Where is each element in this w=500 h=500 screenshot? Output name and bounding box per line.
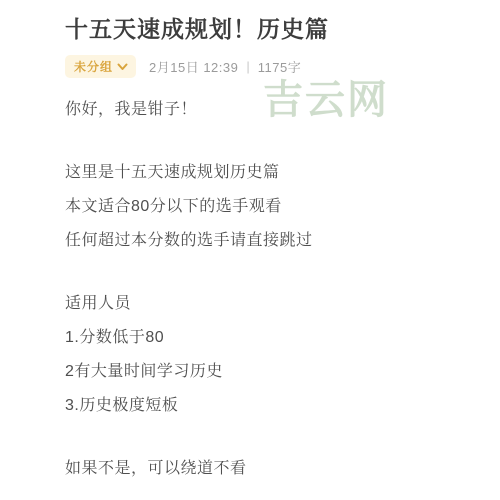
note-line: 本文适合80分以下的选手观看 (65, 190, 460, 224)
group-tag-dropdown[interactable]: 未分组 (65, 55, 136, 78)
note-line: 你好，我是钳子！ (65, 93, 460, 127)
meta-separator: | (246, 59, 249, 74)
word-count: 1175字 (258, 57, 301, 76)
chevron-down-icon (117, 63, 128, 71)
note-page: 十五天速成规划！历史篇 未分组 2月15日 12:39 | 1175字 吉云网 … (0, 0, 500, 500)
page-title: 十五天速成规划！历史篇 (65, 14, 460, 44)
note-line: 1.分数低于80 (65, 321, 460, 355)
note-body[interactable]: 你好，我是钳子！ 这里是十五天速成规划历史篇 本文适合80分以下的选手观看 任何… (65, 93, 460, 486)
note-meta-row: 未分组 2月15日 12:39 | 1175字 (65, 56, 460, 77)
note-line: 适用人员 (65, 287, 460, 321)
note-line: 任何超过本分数的选手请直接跳过 (65, 224, 460, 258)
note-date: 2月15日 12:39 (149, 57, 238, 76)
note-line: 这里是十五天速成规划历史篇 (65, 156, 460, 190)
note-line (65, 258, 460, 287)
group-tag-label: 未分组 (74, 58, 113, 75)
note-line: 3.历史极度短板 (65, 389, 460, 423)
note-line (65, 127, 460, 156)
note-line: 如果不是，可以绕道不看 (65, 452, 460, 486)
note-line (65, 423, 460, 452)
note-line: 2有大量时间学习历史 (65, 355, 460, 389)
